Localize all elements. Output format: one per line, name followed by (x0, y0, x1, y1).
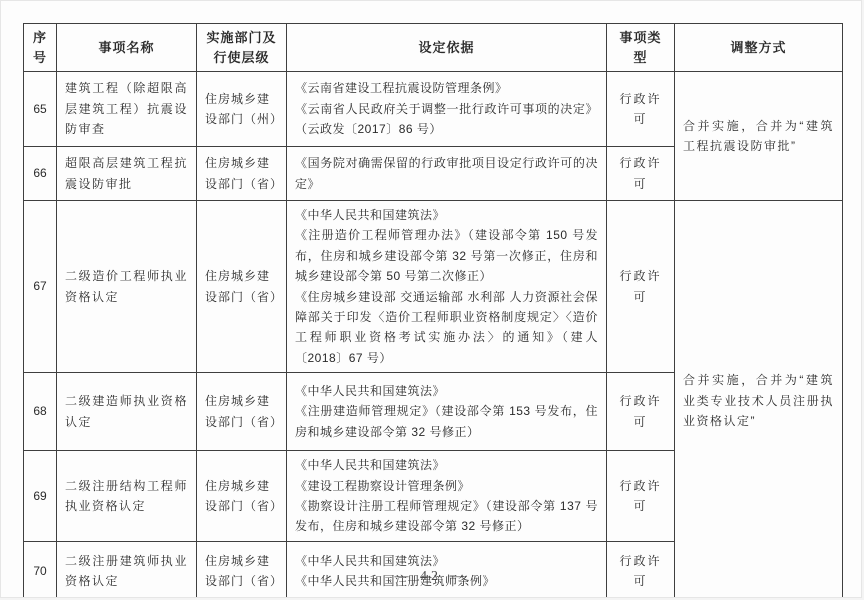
cell-adjustment-merged-65-66: 合并实施，合并为“建筑工程抗震设防审批” (675, 72, 843, 201)
cell-basis: 《中华人民共和国建筑法》 《注册造价工程师管理办法》（建设部令第 150 号发布… (287, 201, 607, 373)
basis-line: 《勘察设计注册工程师管理规定》（建设部令第 137 号发布，住房和城乡建设部令第… (295, 496, 598, 537)
cell-type: 行政许可 (607, 451, 675, 542)
cell-dept: 住房城乡建设部门（州） (197, 72, 287, 147)
cell-seq: 68 (24, 373, 57, 451)
table-header-row: 序号 事项名称 实施部门及行使层级 设定依据 事项类型 调整方式 (24, 24, 843, 72)
cell-item-name: 超限高层建筑工程抗震设防审批 (57, 147, 197, 201)
basis-line: 《云南省人民政府关于调整一批行政许可事项的决定》（云政发〔2017〕86 号） (295, 99, 598, 140)
cell-item-name: 二级造价工程师执业资格认定 (57, 201, 197, 373)
col-header-type: 事项类型 (607, 24, 675, 72)
cell-item-name: 二级注册结构工程师执业资格认定 (57, 451, 197, 542)
cell-dept: 住房城乡建设部门（省） (197, 373, 287, 451)
cell-basis: 《国务院对确需保留的行政审批项目设定行政许可的决定》 (287, 147, 607, 201)
cell-type: 行政许可 (607, 201, 675, 373)
col-header-basis: 设定依据 (287, 24, 607, 72)
page-number: — 42 — (1, 569, 861, 585)
cell-dept: 住房城乡建设部门（省） (197, 451, 287, 542)
basis-line: 《中华人民共和国建筑法》 (295, 205, 598, 225)
approval-items-table: 序号 事项名称 实施部门及行使层级 设定依据 事项类型 调整方式 65 建筑工程… (23, 23, 843, 598)
cell-adjustment-merged-67-70: 合并实施，合并为“建筑业类专业技术人员注册执业资格认定” (675, 201, 843, 599)
cell-type: 行政许可 (607, 147, 675, 201)
basis-line: 《建设工程勘察设计管理条例》 (295, 476, 598, 496)
cell-type: 行政许可 (607, 72, 675, 147)
col-header-item-name: 事项名称 (57, 24, 197, 72)
cell-basis: 《中华人民共和国建筑法》 《建设工程勘察设计管理条例》 《勘察设计注册工程师管理… (287, 451, 607, 542)
col-header-adjustment: 调整方式 (675, 24, 843, 72)
cell-seq: 66 (24, 147, 57, 201)
document-page: 序号 事项名称 实施部门及行使层级 设定依据 事项类型 调整方式 65 建筑工程… (0, 0, 862, 598)
cell-item-name: 建筑工程（除超限高层建筑工程）抗震设防审查 (57, 72, 197, 147)
table-row: 67 二级造价工程师执业资格认定 住房城乡建设部门（省） 《中华人民共和国建筑法… (24, 201, 843, 373)
basis-line: 《中华人民共和国建筑法》 (295, 455, 598, 475)
col-header-dept: 实施部门及行使层级 (197, 24, 287, 72)
cell-seq: 69 (24, 451, 57, 542)
basis-line: 《云南省建设工程抗震设防管理条例》 (295, 78, 598, 98)
col-header-seq: 序号 (24, 24, 57, 72)
cell-basis: 《中华人民共和国建筑法》 《注册建造师管理规定》（建设部令第 153 号发布，住… (287, 373, 607, 451)
table-row: 65 建筑工程（除超限高层建筑工程）抗震设防审查 住房城乡建设部门（州） 《云南… (24, 72, 843, 147)
basis-line: 《注册建造师管理规定》（建设部令第 153 号发布，住房和城乡建设部令第 32 … (295, 401, 598, 442)
cell-basis: 《云南省建设工程抗震设防管理条例》 《云南省人民政府关于调整一批行政许可事项的决… (287, 72, 607, 147)
basis-line: 《中华人民共和国建筑法》 (295, 381, 598, 401)
cell-seq: 65 (24, 72, 57, 147)
cell-type: 行政许可 (607, 373, 675, 451)
cell-dept: 住房城乡建设部门（省） (197, 147, 287, 201)
basis-line: 《注册造价工程师管理办法》（建设部令第 150 号发布，住房和城乡建设部令第 3… (295, 225, 598, 286)
cell-item-name: 二级建造师执业资格认定 (57, 373, 197, 451)
cell-seq: 67 (24, 201, 57, 373)
cell-dept: 住房城乡建设部门（省） (197, 201, 287, 373)
basis-line: 《住房城乡建设部 交通运输部 水利部 人力资源社会保障部关于印发〈造价工程师职业… (295, 287, 598, 369)
basis-line: 《国务院对确需保留的行政审批项目设定行政许可的决定》 (295, 153, 598, 194)
